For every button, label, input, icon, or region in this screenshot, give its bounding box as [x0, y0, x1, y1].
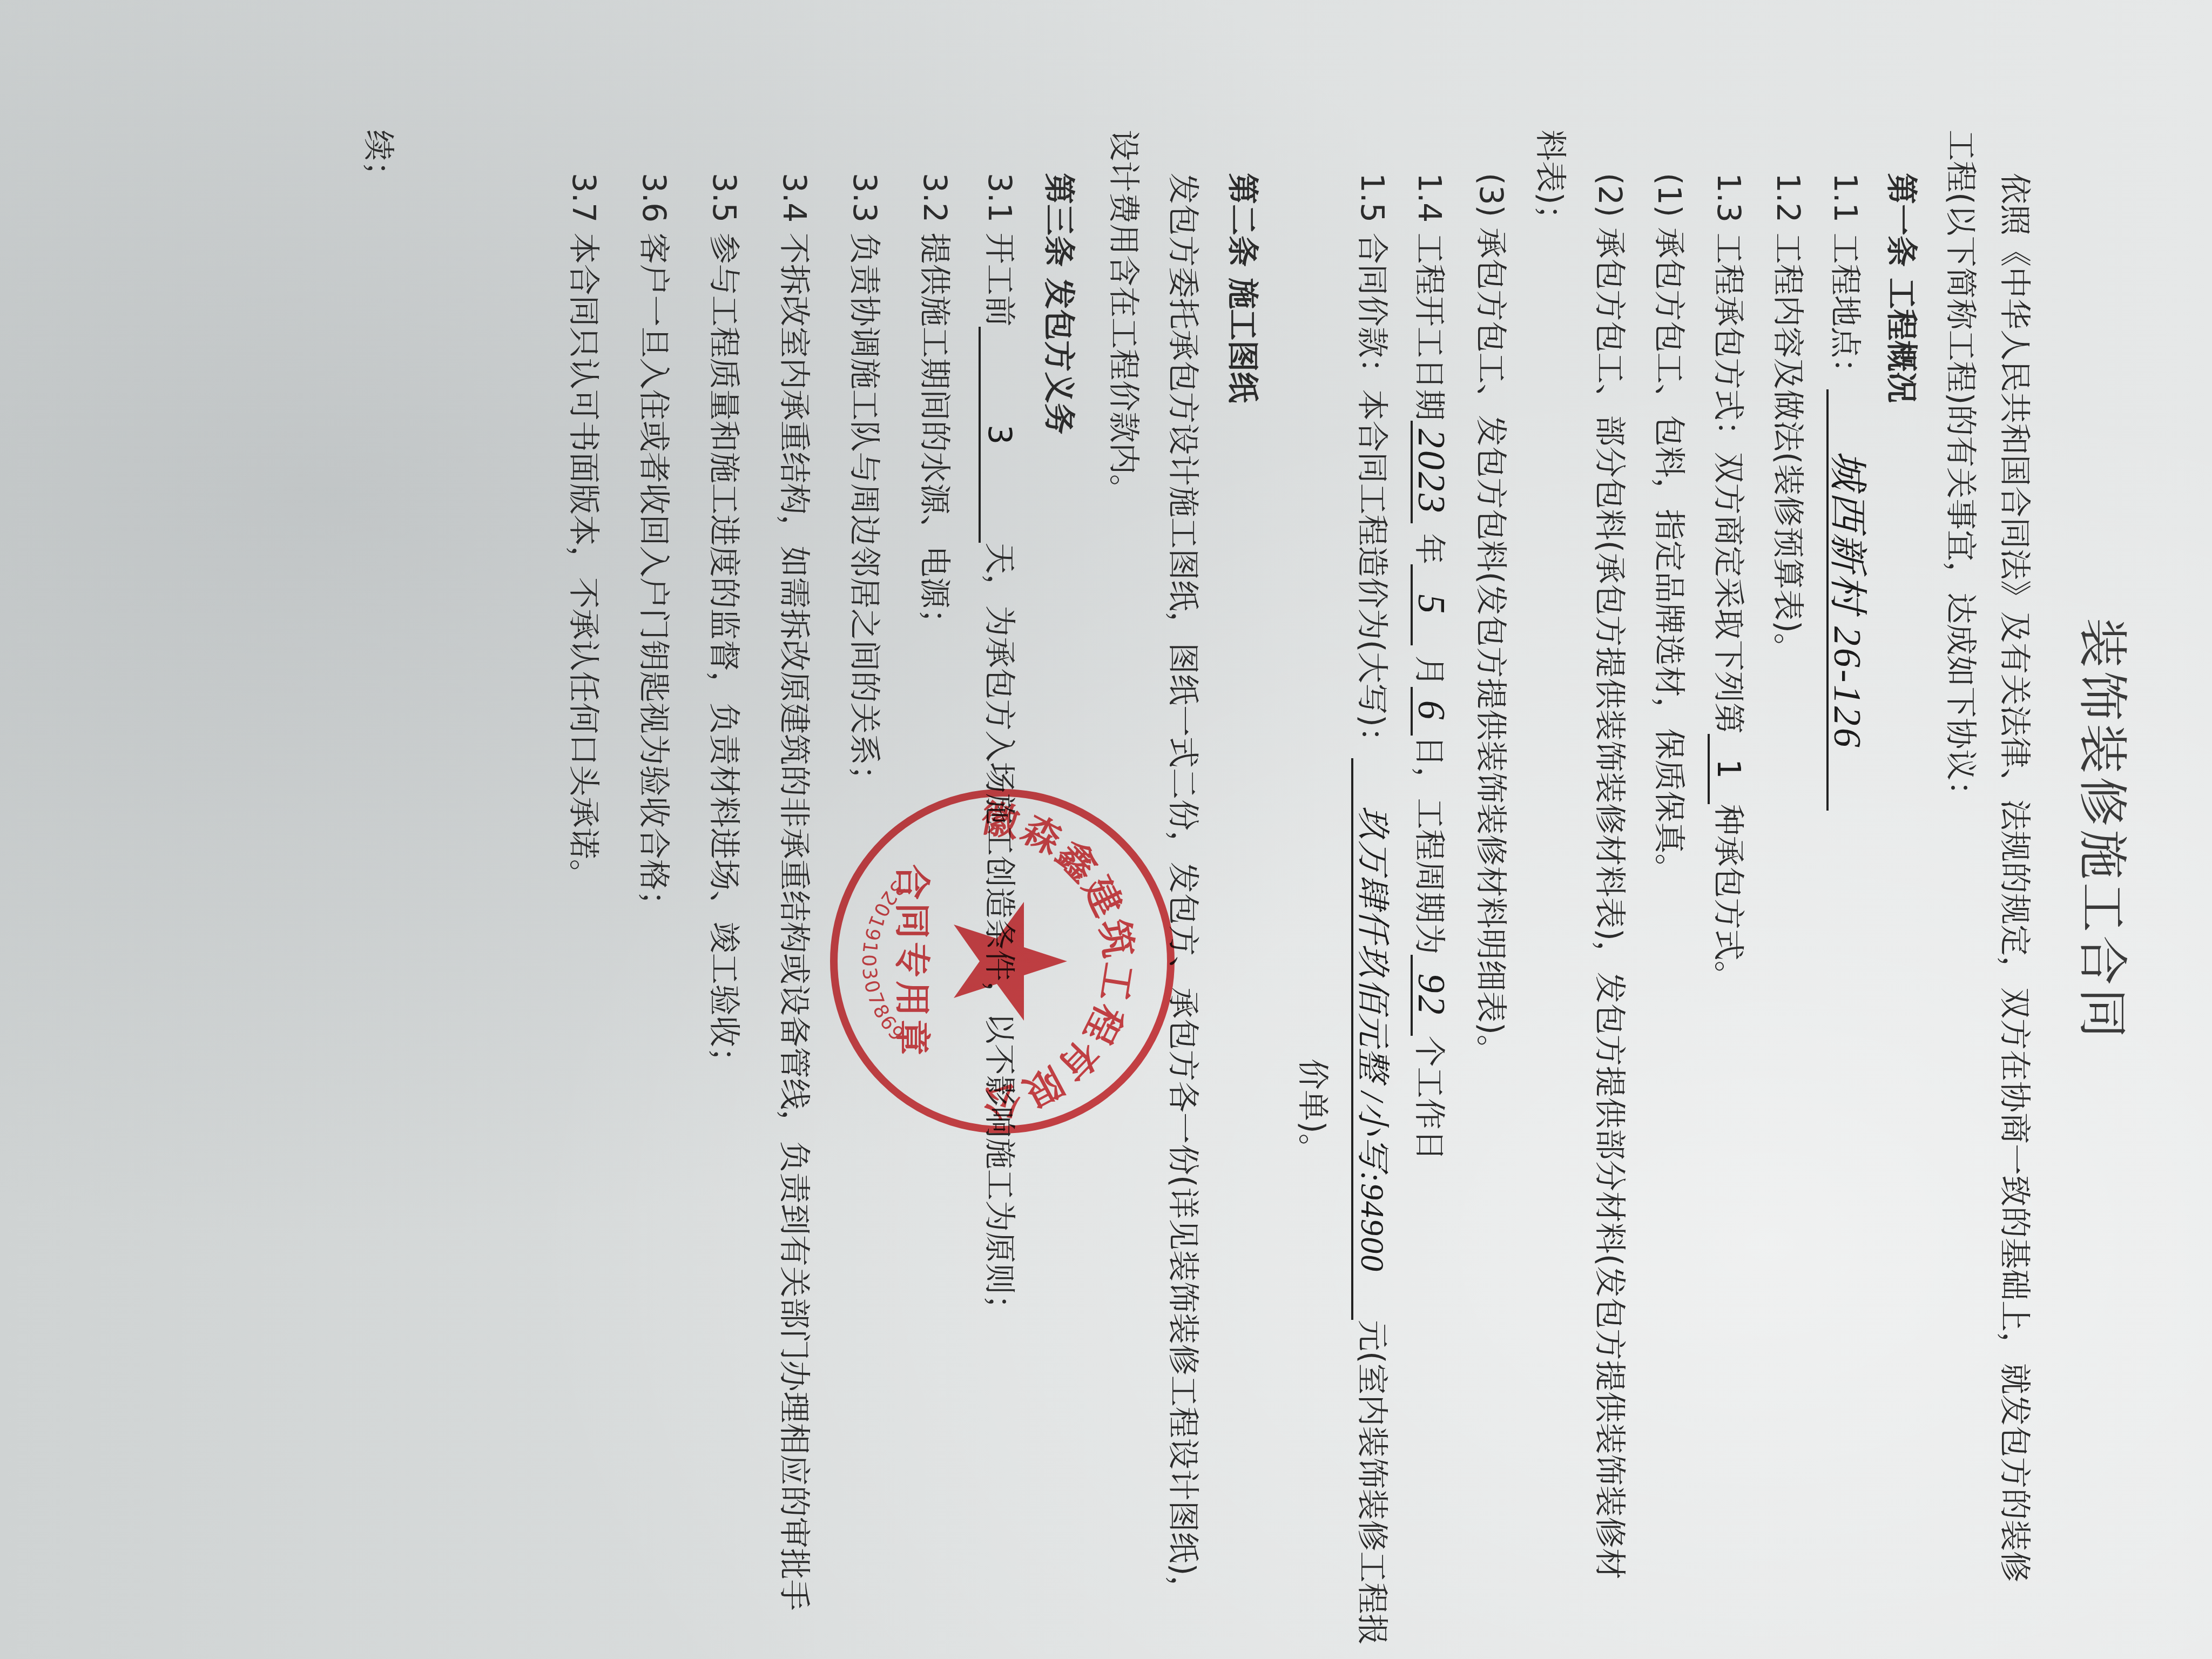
article-3-heading: 第三条 发包方义务	[1040, 173, 1078, 434]
work-period-field[interactable]: 92	[1411, 955, 1451, 1036]
month-unit: 月	[1411, 656, 1448, 687]
item-1-4: 1.4 工程开工日期2023 年5 月6日，工程周期为92个工作日	[1411, 173, 1451, 1161]
item-3-7: 3.7 本合同只认可书面版本，不承认任何口头承诺。	[565, 173, 603, 891]
project-location-field[interactable]: 城西新村 26-126	[1826, 389, 1866, 811]
article-2-line-1: 发包方委托承包方设计施工图纸，图纸一式二份，发包方、承包方各一份(详见装饰装修工…	[1164, 173, 1202, 1607]
item-3-4-line-2: 续；	[360, 130, 397, 192]
item-3-6: 3.6 客户一旦入住或者收回入户门钥匙视为验收合格；	[635, 173, 673, 922]
item-1-5-prefix: 1.5 合同价款：本合同工程造价为(大写)：	[1354, 173, 1391, 758]
item-1-4-suffix: 个工作日	[1411, 1036, 1448, 1161]
item-3-2: 3.2 提供施工期间的水源、电源；	[916, 173, 954, 640]
item-1-1: 1.1 工程地点：城西新村 26-126	[1826, 173, 1866, 811]
item-3-1-suffix: 天，为承包方入场施工创造条件，以不影响施工为原则；	[981, 543, 1018, 1326]
item-1-1-label: 1.1 工程地点：	[1827, 173, 1864, 389]
item-1-3-suffix: 种承包方式。	[1710, 804, 1747, 992]
item-1-4-prefix: 1.4 工程开工日期	[1411, 173, 1448, 421]
start-year-field[interactable]: 2023	[1411, 421, 1451, 523]
option-2-line-1: (2) 承包方包工、部分包料(承包方提供装饰装修材料表)，发包方提供部分材料(发…	[1591, 173, 1629, 1579]
prep-days-field[interactable]: 3	[979, 327, 1019, 543]
item-3-5: 3.5 参与工程质量和施工进度的监督，负责材料进场、竣工验收；	[705, 173, 743, 1078]
document-title: 装饰装修施工合同	[2071, 0, 2142, 1659]
item-1-3: 1.3 工程承包方式：双方商定采取下列第1种承包方式。	[1708, 173, 1748, 992]
contract-mode-field[interactable]: 1	[1708, 734, 1748, 804]
start-day-field[interactable]: 6	[1411, 687, 1451, 736]
item-3-3: 3.3 负责协调施工队与周边邻居之间的关系；	[846, 173, 884, 797]
option-1: (1) 承包方包工、包料，指定品牌选材，保质保真。	[1650, 173, 1688, 885]
contract-page: 装饰装修施工合同 依照《中华人民共和国合同法》及有关法律、法规的规定，双方在协商…	[0, 0, 2212, 1659]
day-unit: 日，工程周期为	[1411, 736, 1448, 955]
article-2-heading: 第二条 施工图纸	[1224, 173, 1262, 403]
start-month-field[interactable]: 5	[1411, 564, 1451, 645]
item-1-5-suffix: 元(室内装饰装修工程报	[1354, 1320, 1391, 1645]
seal-center-text: 合同专用章	[891, 864, 933, 1058]
item-3-1-prefix: 3.1 开工前	[981, 173, 1018, 327]
option-3: (3) 承包方包工、发包方包料(发包方提供装饰装修材料明细表)。	[1472, 173, 1510, 1066]
item-3-4-line-1: 3.4 不拆改室内承重结构，如需拆改原建筑的非承重结构或设备管线，负责到有关部门…	[775, 173, 813, 1611]
item-1-3-prefix: 1.3 工程承包方式：双方商定采取下列第	[1710, 173, 1747, 734]
item-3-1: 3.1 开工前3天，为承包方入场施工创造条件，以不影响施工为原则；	[979, 173, 1019, 1326]
item-1-5: 1.5 合同价款：本合同工程造价为(大写)：玖万肆仟玖佰元整 /小写:94900…	[1351, 173, 1391, 1645]
contract-price-field[interactable]: 玖万肆仟玖佰元整 /小写:94900	[1351, 758, 1391, 1320]
seal-serial-number: 3201910307869	[858, 876, 909, 1047]
year-unit: 年	[1411, 533, 1448, 564]
preamble-line-2: 工程(以下简称工程)的有关事宜，达成如下协议：	[1942, 130, 1980, 812]
article-1-heading: 第一条 工程概况	[1883, 173, 1920, 403]
item-1-2: 1.2 工程内容及做法(装修预算表)。	[1769, 173, 1807, 664]
option-2-line-2: 料表)；	[1532, 130, 1569, 236]
preamble-line-1: 依照《中华人民共和国合同法》及有关法律、法规的规定，双方在协商一致的基础上，就发…	[1996, 173, 2034, 1582]
article-2-line-2: 设计费用含在工程价款内。	[1105, 130, 1143, 505]
item-1-5-line-2: 价单)。	[1294, 1058, 1332, 1165]
